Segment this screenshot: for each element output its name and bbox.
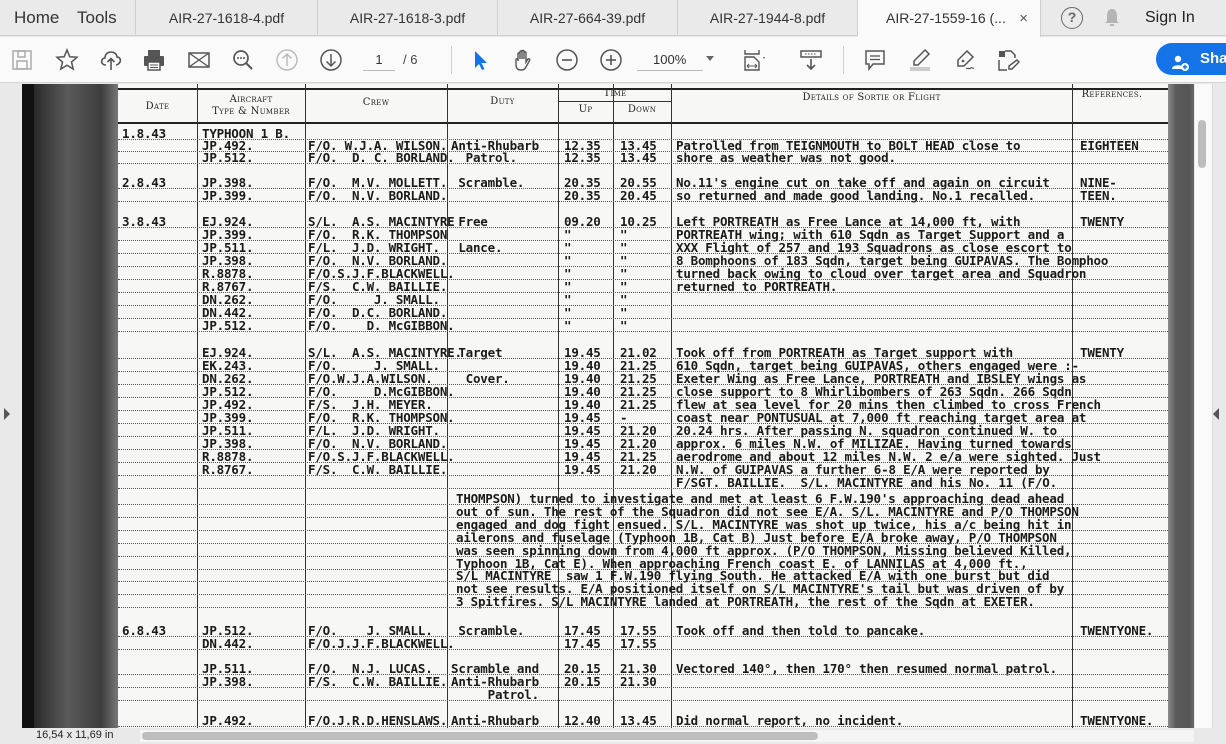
- page-number-input[interactable]: 1: [363, 49, 395, 71]
- toolbar-divider: [843, 46, 844, 74]
- col-rule: [558, 84, 559, 728]
- hand-pan-icon[interactable]: [510, 47, 536, 73]
- sign-in-link[interactable]: Sign In: [1145, 9, 1195, 27]
- header-duty: Duty: [447, 96, 558, 107]
- page-size-readout: 16,54 x 11,69 in: [36, 729, 113, 741]
- time-subheader-rule: [558, 101, 672, 102]
- header-crew: Crew: [305, 97, 447, 108]
- page-total: / 6: [403, 52, 417, 67]
- fill-sign-icon[interactable]: [995, 47, 1021, 73]
- comment-icon[interactable]: [862, 47, 888, 73]
- tools-link[interactable]: Tools: [77, 0, 135, 35]
- zoom-out-icon[interactable]: [554, 47, 580, 73]
- sign-icon[interactable]: [951, 47, 977, 73]
- header-date: Date: [118, 101, 197, 112]
- horizontal-scrollbar[interactable]: [140, 730, 1194, 742]
- zoom-level-select[interactable]: 100%: [637, 49, 703, 71]
- row-rule: [118, 687, 1168, 688]
- header-up: Up: [558, 104, 613, 115]
- help-icon[interactable]: ?: [1061, 7, 1083, 29]
- right-panel-toggle-icon[interactable]: [1213, 408, 1219, 420]
- scrolling-mode-icon[interactable]: [798, 47, 824, 73]
- highlight-icon[interactable]: [907, 47, 933, 73]
- row-rule: [118, 305, 1168, 306]
- status-bar: 16,54 x 11,69 in: [0, 728, 1226, 744]
- operations-record-sheet: Date Aircraft Type & Number Crew Duty Ti…: [118, 84, 1168, 728]
- header-aircraft-type: Type & Number: [197, 106, 305, 117]
- row-rule: [118, 292, 1168, 293]
- document-viewer[interactable]: Date Aircraft Type & Number Crew Duty Ti…: [0, 84, 1226, 728]
- row-rule: [118, 318, 1168, 319]
- scan-edge-left: [34, 84, 118, 728]
- zoom-in-icon[interactable]: [598, 47, 624, 73]
- left-panel-toggle-icon[interactable]: [4, 408, 10, 420]
- header-references: References.: [1072, 89, 1152, 100]
- row-rule: [118, 201, 1168, 202]
- row-rule: [118, 331, 1168, 332]
- scan-edge-right: [1168, 84, 1194, 728]
- header-details: Details of Sortie or Flight: [671, 92, 1072, 103]
- row-rule: [118, 488, 1168, 489]
- document-tabs: AIR-27-1618-4.pdf AIR-27-1618-3.pdf AIR-…: [135, 0, 1041, 36]
- print-icon[interactable]: [141, 47, 167, 73]
- previous-page-icon[interactable]: [274, 47, 300, 73]
- search-text-icon[interactable]: [230, 47, 256, 73]
- share-label: Share: [1200, 50, 1226, 67]
- notifications-bell-icon[interactable]: [1103, 7, 1121, 29]
- close-tab-icon[interactable]: ×: [1019, 0, 1028, 37]
- select-cursor-icon[interactable]: [467, 47, 493, 73]
- row-rule: [118, 649, 1168, 650]
- scan-border: [22, 84, 34, 728]
- col-rule: [671, 84, 672, 728]
- next-page-icon[interactable]: [318, 47, 344, 73]
- vertical-scroll-thumb[interactable]: [1198, 120, 1206, 168]
- add-user-icon: [1172, 51, 1190, 83]
- share-button[interactable]: Share: [1156, 43, 1226, 75]
- header-bottom-rule: [118, 122, 1168, 124]
- horizontal-scroll-thumb[interactable]: [142, 732, 818, 740]
- col-rule: [613, 84, 614, 728]
- vertical-scrollbar[interactable]: [1195, 84, 1213, 728]
- save-icon[interactable]: [9, 47, 35, 73]
- toolbar: 1 / 6 100% Share: [0, 37, 1226, 83]
- toolbar-divider: [451, 46, 452, 74]
- pdf-page: Date Aircraft Type & Number Crew Duty Ti…: [22, 84, 1194, 728]
- header-down: Down: [613, 104, 671, 115]
- tab-label: AIR-27-1559-16 (...: [886, 10, 1006, 26]
- col-rule: [305, 84, 306, 728]
- home-link[interactable]: Home: [0, 0, 77, 35]
- row-rule: [118, 163, 1168, 164]
- upload-cloud-icon[interactable]: [98, 47, 124, 73]
- zoom-dropdown-caret-icon[interactable]: [706, 56, 714, 61]
- tab-document-4[interactable]: AIR-27-1944-8.pdf: [678, 0, 858, 36]
- header-time: Time: [558, 88, 672, 99]
- header-aircraft: Aircraft: [197, 94, 305, 105]
- row-rule: [118, 279, 1168, 280]
- fit-page-icon[interactable]: [741, 47, 767, 73]
- row-rule: [118, 607, 1168, 608]
- email-icon[interactable]: [186, 47, 212, 73]
- tab-document-3[interactable]: AIR-27-664-39.pdf: [498, 0, 678, 36]
- tab-document-1[interactable]: AIR-27-1618-4.pdf: [136, 0, 318, 36]
- row-rule: [118, 726, 1168, 727]
- bookmark-star-icon[interactable]: [54, 47, 80, 73]
- row-rule: [118, 700, 1168, 701]
- col-rule: [197, 84, 198, 728]
- tab-document-5-active[interactable]: AIR-27-1559-16 (... ×: [858, 0, 1041, 37]
- tab-bar: Home Tools AIR-27-1618-4.pdf AIR-27-1618…: [0, 0, 1226, 36]
- tab-document-2[interactable]: AIR-27-1618-3.pdf: [318, 0, 498, 36]
